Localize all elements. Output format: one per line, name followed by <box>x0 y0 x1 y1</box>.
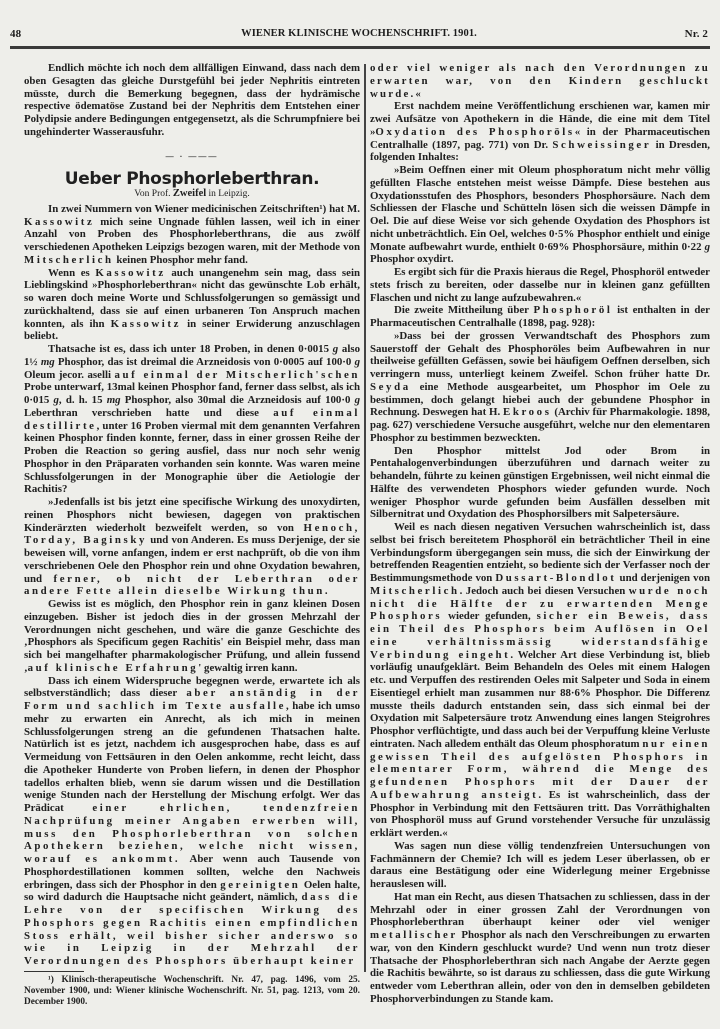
paragraph: Erst nachdem meine Veröffentlichung ersc… <box>370 100 710 164</box>
footnote-rule <box>24 971 84 972</box>
paragraph: »Beim Oeffnen einer mit Oleum phosphorat… <box>370 164 710 266</box>
paragraph: Weil es nach diesen negativen Versuchen … <box>370 521 710 840</box>
paragraph: Gewiss ist es möglich, den Phosphor rein… <box>24 598 360 675</box>
paragraph: Was sagen nun diese völlig tendenzfreien… <box>370 840 710 891</box>
paragraph: Thatsache ist es, dass ich unter 18 Prob… <box>24 343 360 496</box>
right-column: oder viel weniger als nach den Verordnun… <box>370 62 710 1006</box>
issue-number: Nr. 2 <box>685 28 708 40</box>
byline-prefix: Von Prof. <box>134 189 170 199</box>
paragraph: Dass ich einem Widerspruche begegnen wer… <box>24 675 360 968</box>
article-title: Ueber Phosphorleberthran. <box>24 173 360 186</box>
paragraph: Hat man ein Recht, aus diesen Thatsachen… <box>370 891 710 1006</box>
byline: Von Prof. Zweifel in Leipzig. <box>24 188 360 201</box>
document-page: 48 WIENER KLINISCHE WOCHENSCHRIFT. 1901.… <box>0 0 720 1029</box>
paragraph-continuation: oder viel weniger als nach den Verordnun… <box>370 62 710 100</box>
byline-suffix: in Leipzig. <box>209 189 250 199</box>
paragraph: »Jedenfalls ist bis jetzt eine specifisc… <box>24 496 360 598</box>
left-column: Endlich möchte ich noch dem allfälligen … <box>24 62 360 1008</box>
previous-article-ending: Endlich möchte ich noch dem allfälligen … <box>24 62 360 139</box>
paragraph: »Dass bei der grossen Verwandtschaft des… <box>370 330 710 445</box>
article-separator: — · ——— <box>24 151 360 164</box>
footnote: ¹) Klinisch-therapeutische Wochenschrift… <box>24 975 360 1008</box>
byline-author: Zweifel <box>173 188 206 199</box>
paragraph: Den Phosphor mittelst Jod oder Brom in P… <box>370 445 710 522</box>
paragraph: Es ergibt sich für die Praxis hieraus di… <box>370 266 710 304</box>
header-rule <box>10 46 710 49</box>
paragraph: In zwei Nummern von Wiener medicinischen… <box>24 203 360 267</box>
column-divider <box>364 64 366 972</box>
paragraph: Wenn es Kassowitz auch unangenehm sein m… <box>24 267 360 344</box>
running-header: 48 WIENER KLINISCHE WOCHENSCHRIFT. 1901.… <box>10 26 708 42</box>
paragraph: Die zweite Mittheilung über Phosphoröl i… <box>370 304 710 330</box>
journal-title: WIENER KLINISCHE WOCHENSCHRIFT. 1901. <box>10 28 708 39</box>
